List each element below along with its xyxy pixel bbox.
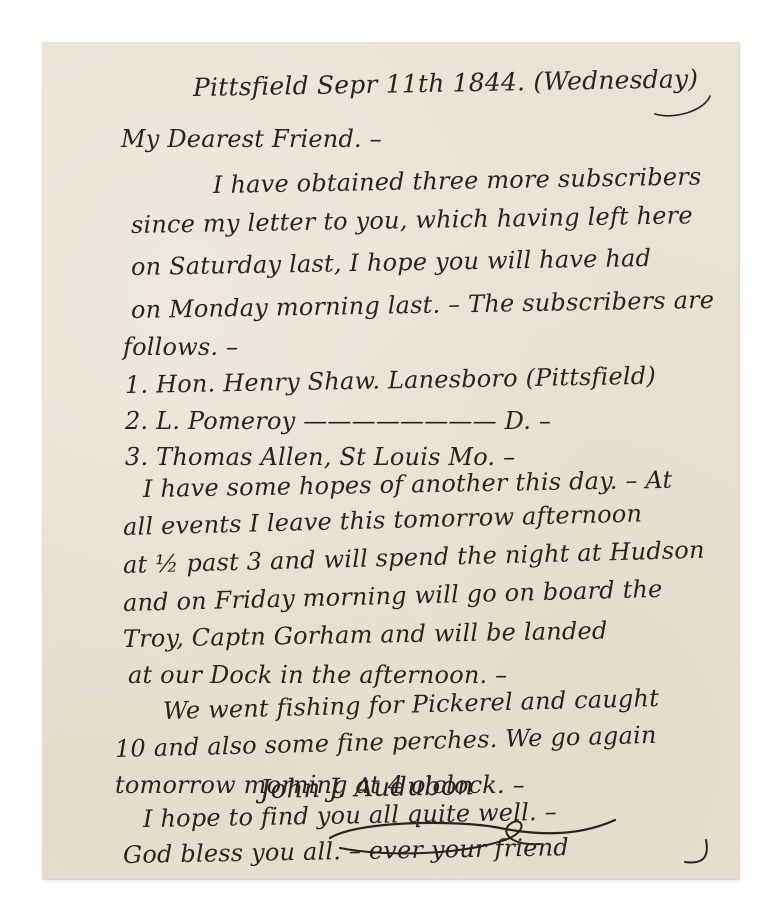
- salutation: My Dearest Friend. –: [121, 125, 382, 153]
- body-line: at our Dock in the afternoon. –: [128, 661, 507, 689]
- body-line: 10 and also some fine perches. We go aga…: [115, 721, 657, 763]
- body-line: since my letter to you, which having lef…: [131, 201, 693, 239]
- body-line: Troy, Captn Gorham and will be landed: [123, 617, 608, 653]
- body-line: on Monday morning last. – The subscriber…: [131, 286, 715, 324]
- body-line: follows. –: [123, 333, 238, 361]
- body-line: at ½ past 3 and will spend the night at …: [123, 536, 705, 579]
- subscriber-item: 2. L. Pomeroy ———————— D. –: [125, 407, 551, 435]
- body-line: I have obtained three more subscribers: [213, 162, 702, 199]
- letter-sheet: Pittsfield Sepr 11th 1844. (Wednesday) M…: [43, 43, 739, 879]
- subscriber-item: 3. Thomas Allen, St Louis Mo. –: [125, 443, 515, 471]
- signature: John J. Audubon: [260, 771, 474, 805]
- signature-flourish: [320, 810, 640, 860]
- body-line: We went fishing for Pickerel and caught: [163, 684, 660, 725]
- subscriber-item: 1. Hon. Henry Shaw. Lanesboro (Pittsfiel…: [125, 362, 656, 399]
- body-line: and on Friday morning will go on board t…: [123, 575, 663, 617]
- body-line: on Saturday last, I hope you will have h…: [131, 244, 652, 281]
- dateline: Pittsfield Sepr 11th 1844. (Wednesday): [193, 64, 699, 102]
- body-line: I have some hopes of another this day. –…: [143, 466, 673, 503]
- dateline-underline-flourish: [650, 90, 720, 120]
- body-line: all events I leave this tomorrow afterno…: [123, 499, 643, 541]
- closing-flourish: [680, 832, 730, 872]
